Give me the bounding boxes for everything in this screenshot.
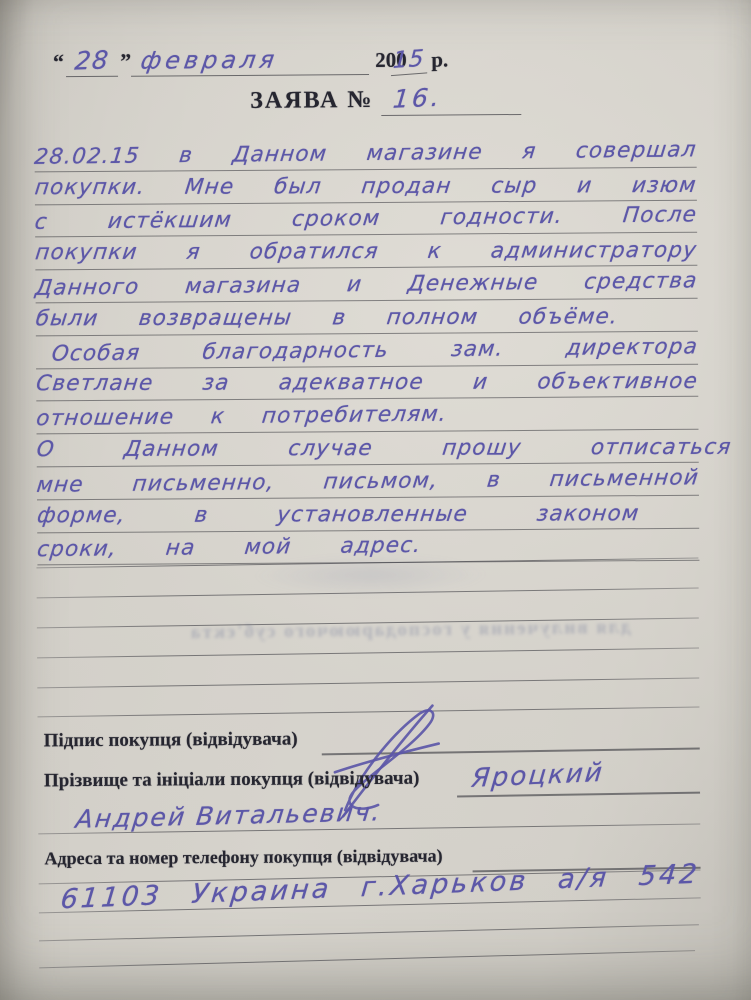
name-label: Прізвище та ініціали покупця (відвідувач… bbox=[44, 768, 420, 793]
ruled-line bbox=[39, 950, 695, 968]
ruled-line bbox=[39, 924, 699, 941]
surname-handwritten: Яроцкий bbox=[470, 758, 605, 794]
address-label: Адреса та номер телефону покупця (відвід… bbox=[44, 846, 442, 870]
signature-label: Підпис покупця (відвідувача) bbox=[44, 729, 298, 753]
page-sheet: “ 28 ” февраля 200 15 р. ЗАЯВА № 16. 28.… bbox=[0, 0, 751, 1000]
complaint-book-page-photo: “ 28 ” февраля 200 15 р. ЗАЯВА № 16. 28.… bbox=[0, 0, 751, 1000]
purchaser-details-section: Підпис покупця (відвідувача) Прізвище та… bbox=[0, 0, 751, 1000]
